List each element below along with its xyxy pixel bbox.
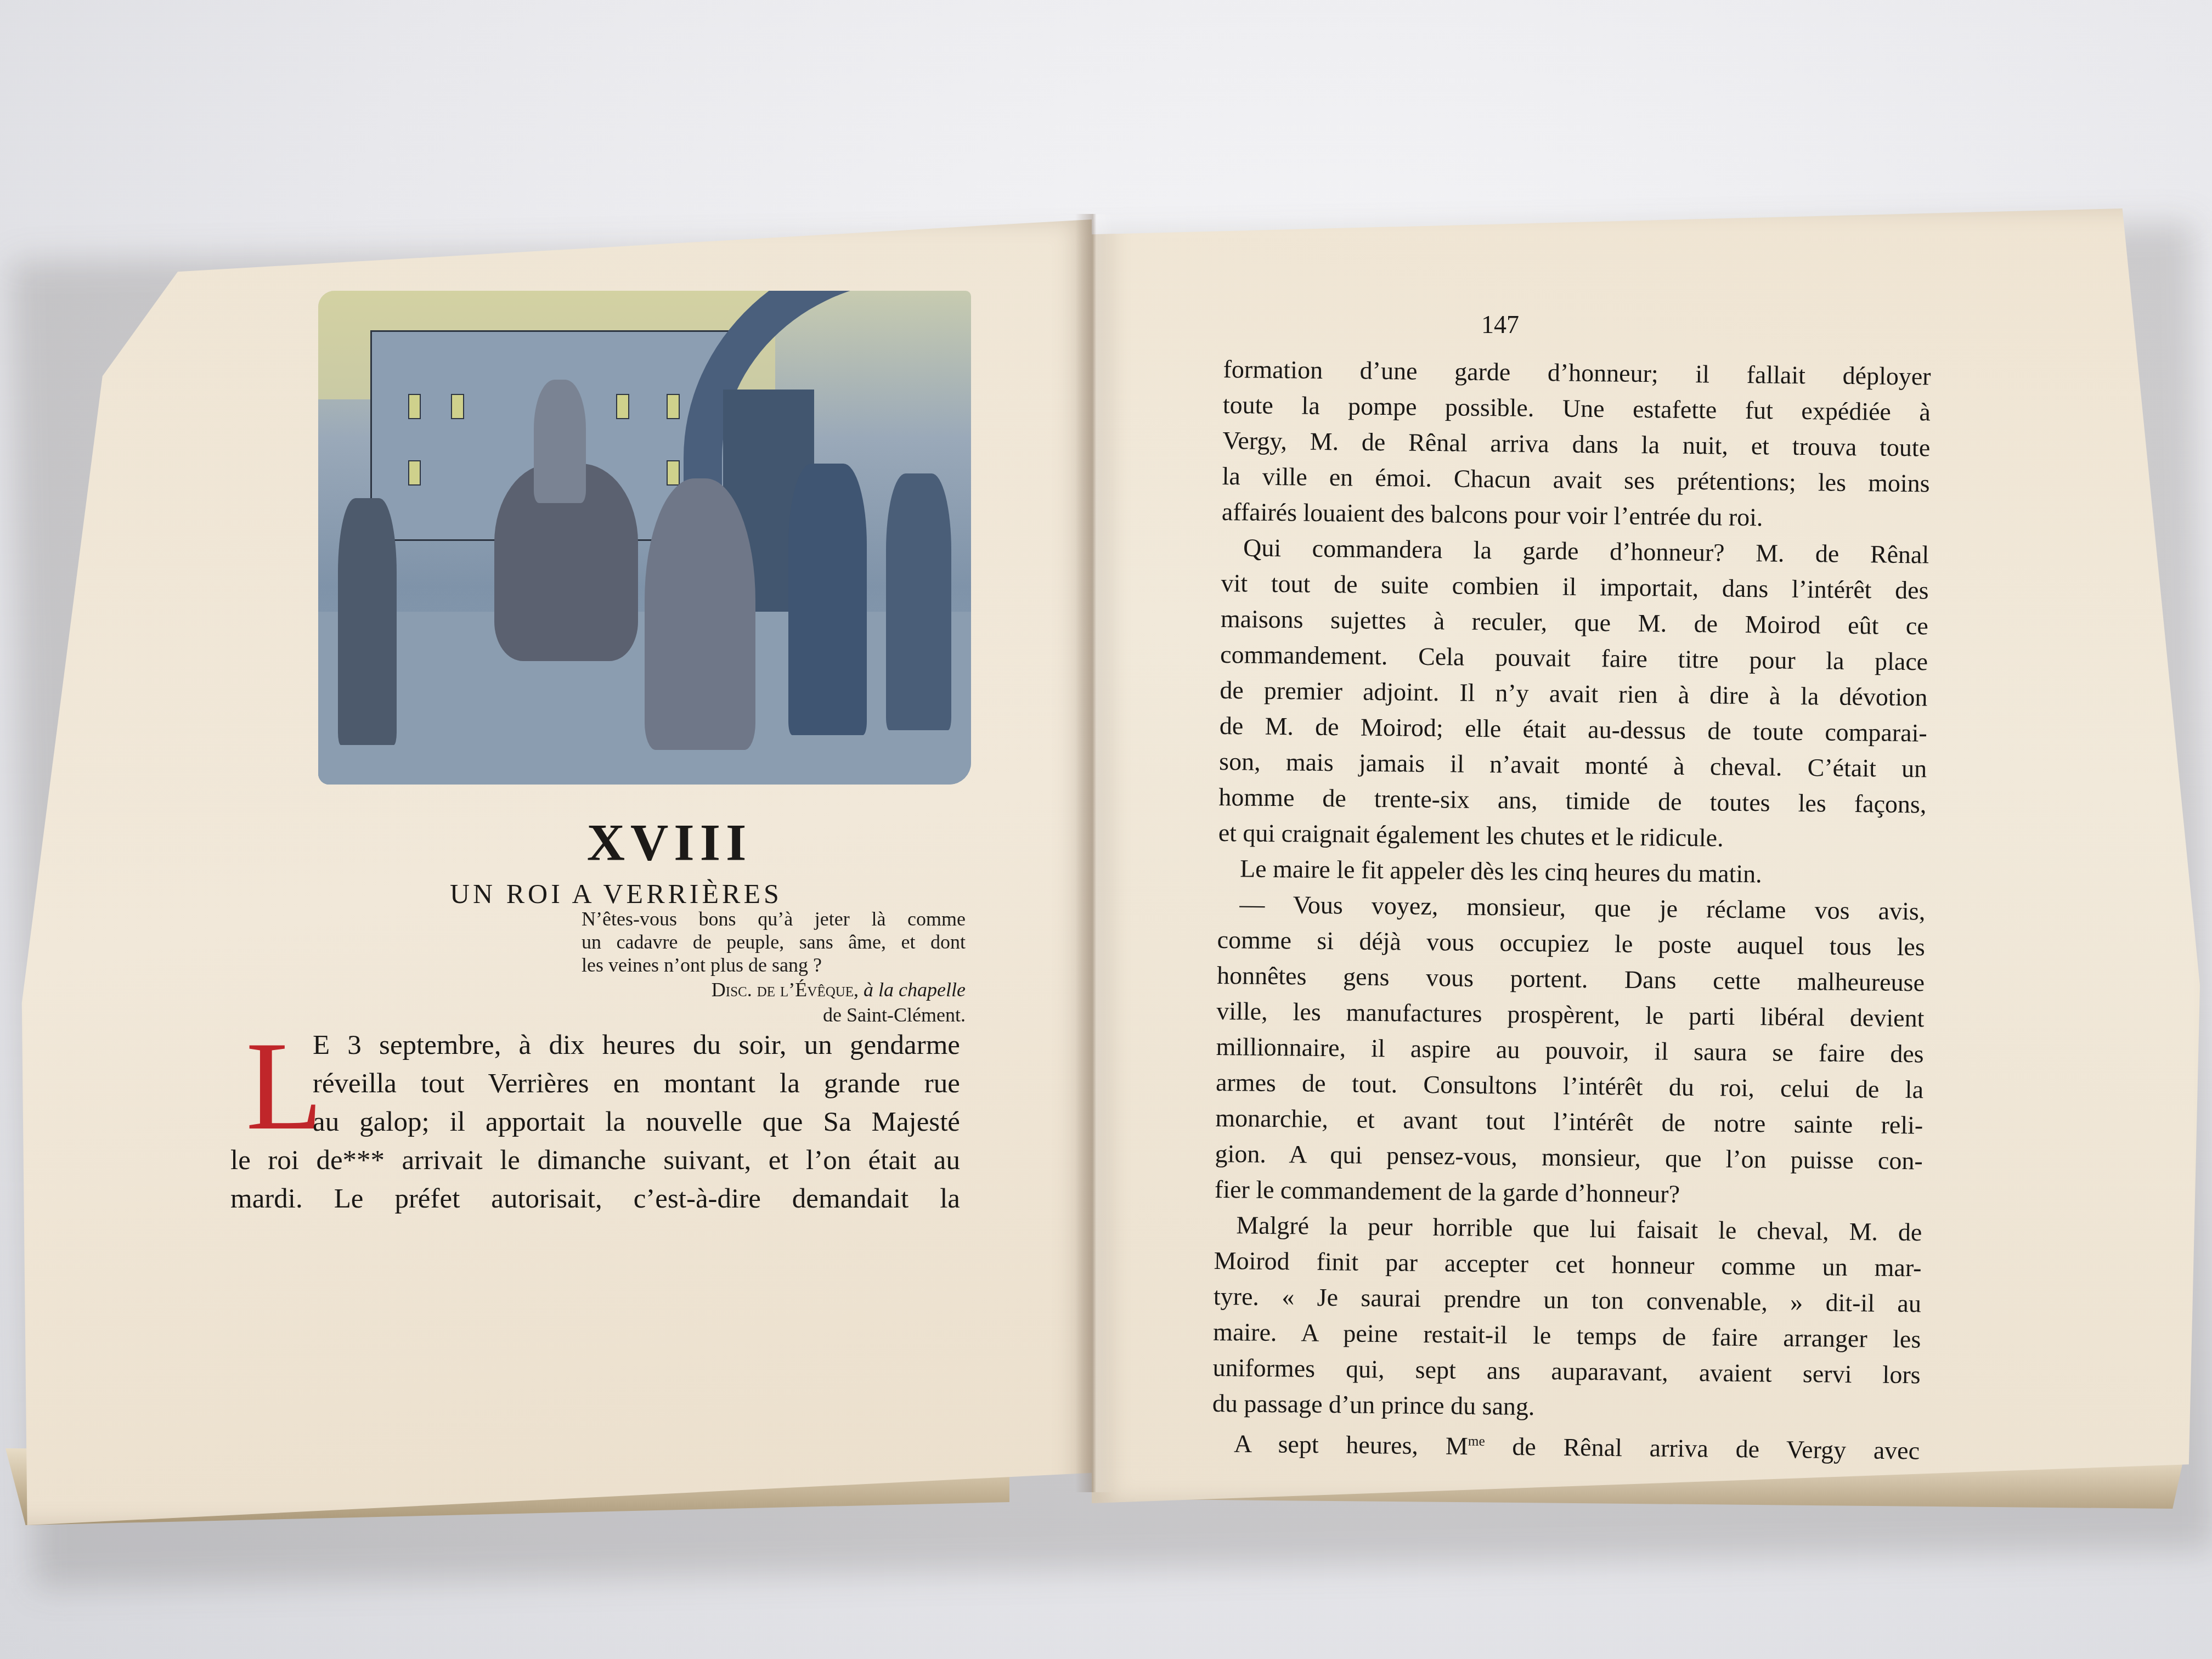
window	[667, 460, 680, 486]
window	[408, 394, 421, 419]
window	[667, 394, 680, 419]
epigraph-line: les veines n’ont plus de sang ?	[582, 954, 966, 977]
text-fragment: de Rênal arriva de Vergy avec	[1485, 1432, 1920, 1464]
superscript-me: me	[1468, 1434, 1485, 1449]
text-line: au galop; il apportait la nouvelle que S…	[230, 1103, 960, 1141]
epigraph-source-author: Disc. de l’Évêque,	[712, 979, 859, 1001]
window	[616, 394, 629, 419]
chapter-title: UN ROI A VERRIÈRES	[450, 878, 867, 910]
window	[408, 460, 421, 486]
window	[451, 394, 464, 419]
page-number: 147	[1481, 310, 1519, 339]
illustration-gendarme	[534, 380, 586, 503]
chapter-number: XVIII	[571, 812, 768, 873]
epigraph-source: Disc. de l’Évêque, à la chapelle	[582, 979, 966, 1002]
epigraph-source-place: à la chapelle	[864, 979, 966, 1001]
text-line: E 3 septembre, à dix heures du soir, un …	[230, 1026, 960, 1064]
text-line-last: A sept heures, Mme de Rênal arriva de Ve…	[1212, 1421, 1920, 1469]
illustration-woman	[645, 478, 755, 750]
text-line: réveilla tout Verrières en montant la gr…	[230, 1064, 960, 1103]
epigraph-source-place-2: de Saint-Clément.	[582, 1004, 966, 1027]
book-gutter	[1075, 214, 1114, 1492]
text-line: mardi. Le préfet autorisait, c’est-à-dir…	[230, 1180, 960, 1218]
illustration-worker	[338, 498, 397, 745]
epigraph-line: N’êtes-vous bons qu’à jeter là comme	[582, 908, 966, 931]
text-fragment: A sept heures, M	[1234, 1430, 1468, 1460]
left-page-body: E 3 septembre, à dix heures du soir, un …	[230, 1026, 960, 1218]
chapter-illustration	[318, 291, 971, 785]
illustration-man-top-hat	[886, 473, 951, 730]
epigraph: N’êtes-vous bons qu’à jeter là comme un …	[582, 908, 966, 1027]
illustration-man-top-hat	[788, 464, 867, 735]
epigraph-line: un cadavre de peuple, sans âme, et dont	[582, 931, 966, 954]
right-page-body: formation d’une garde d’honneur; il fall…	[1212, 351, 1931, 1469]
text-line: le roi de*** arrivait le dimanche suivan…	[230, 1141, 960, 1180]
